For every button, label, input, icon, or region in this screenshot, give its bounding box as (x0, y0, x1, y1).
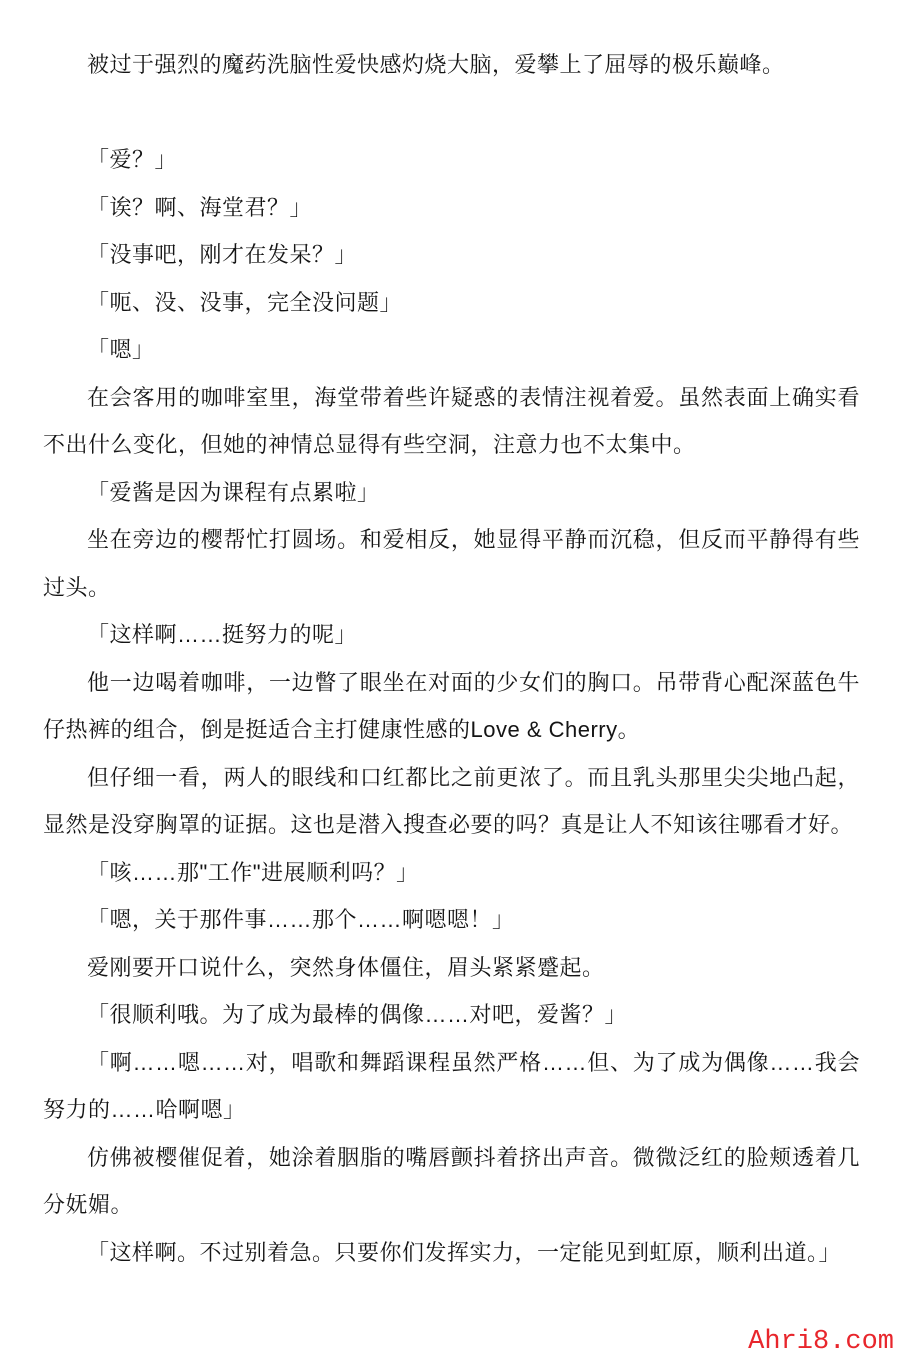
paragraph: 在会客用的咖啡室里，海堂带着些许疑惑的表情注视着爱。虽然表面上确实看不出什么变化… (43, 374, 860, 469)
dialogue-line: 「爱？」 (43, 136, 860, 184)
dialogue-line: 「咳……那"工作"进展顺利吗？」 (43, 849, 860, 897)
dialogue-line: 「呃、没、没事，完全没问题」 (43, 279, 860, 327)
paragraph: 但仔细一看，两人的眼线和口红都比之前更浓了。而且乳头那里尖尖地凸起，显然是没穿胸… (43, 754, 860, 849)
dialogue-line: 「诶？啊、海堂君？」 (43, 184, 860, 232)
dialogue-line: 「嗯，关于那件事……那个……啊嗯嗯！」 (43, 896, 860, 944)
paragraph: 爱刚要开口说什么，突然身体僵住，眉头紧紧蹙起。 (43, 944, 860, 992)
paragraph: 坐在旁边的樱帮忙打圆场。和爱相反，她显得平静而沉稳，但反而平静得有些过头。 (43, 516, 860, 611)
dialogue-line: 「很顺利哦。为了成为最棒的偶像……对吧，爱酱？」 (43, 991, 860, 1039)
novel-text-body: 被过于强烈的魔药洗脑性爱快感灼烧大脑，爱攀上了屈辱的极乐巅峰。 「爱？」 「诶？… (43, 41, 860, 1276)
novel-page: 被过于强烈的魔药洗脑性爱快感灼烧大脑，爱攀上了屈辱的极乐巅峰。 「爱？」 「诶？… (0, 0, 900, 1362)
dialogue-line: 「这样啊。不过别着急。只要你们发挥实力，一定能见到虹原，顺利出道。」 (43, 1229, 860, 1277)
dialogue-line: 「没事吧，刚才在发呆？」 (43, 231, 860, 279)
watermark-text: Ahri8.com (748, 1326, 894, 1358)
paragraph: 被过于强烈的魔药洗脑性爱快感灼烧大脑，爱攀上了屈辱的极乐巅峰。 (43, 41, 860, 89)
paragraph: 他一边喝着咖啡，一边瞥了眼坐在对面的少女们的胸口。吊带背心配深蓝色牛仔热裤的组合… (43, 659, 860, 754)
paragraph: 仿佛被樱催促着，她涂着胭脂的嘴唇颤抖着挤出声音。微微泛红的脸颊透着几分妩媚。 (43, 1134, 860, 1229)
dialogue-line: 「爱酱是因为课程有点累啦」 (43, 469, 860, 517)
dialogue-line: 「这样啊……挺努力的呢」 (43, 611, 860, 659)
dialogue-line: 「嗯」 (43, 326, 860, 374)
dialogue-line: 「啊……嗯……对，唱歌和舞蹈课程虽然严格……但、为了成为偶像……我会努力的……哈… (43, 1039, 860, 1134)
